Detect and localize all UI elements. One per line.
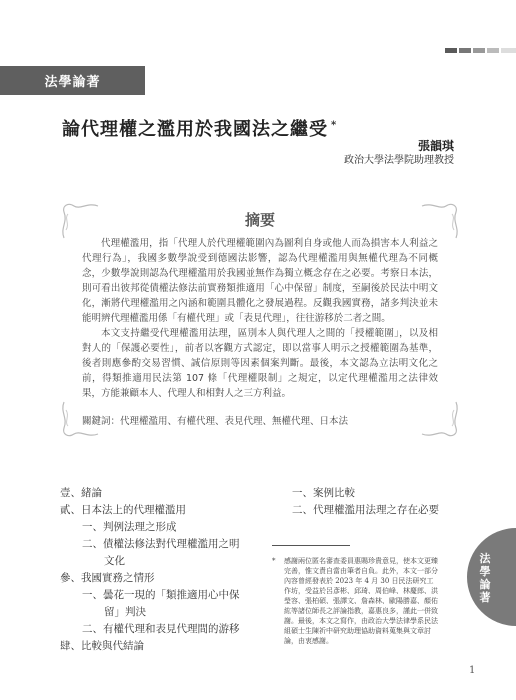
title-footnote-mark: * (331, 120, 337, 131)
toc-item: 一、案例比較 (292, 485, 439, 502)
toc-item: 一、曇花一現的「類推適用心中保 (60, 587, 240, 604)
toc-item: 文化 (60, 553, 240, 570)
toc-item: 一、判例法理之形成 (60, 519, 240, 536)
title-text: 論代理權之濫用於我國法之繼受 (62, 119, 328, 140)
side-section-label: 法學論著 (478, 552, 492, 604)
abstract-body: 代理權濫用，指「代理人於代理權範圍內為圖利自身或他人而為損害本人利益之代理行為」… (82, 236, 438, 401)
table-of-contents-right: 一、案例比較 二、代理權濫用法理之存在必要 (292, 485, 439, 519)
article-title: 論代理權之濫用於我國法之繼受* (62, 115, 337, 141)
bar-3 (473, 48, 485, 53)
bar-1 (445, 48, 457, 53)
footnote: * 感謝兩位匿名審查委員惠賜珍貴意見，使本文更臻完善，惟文責自當由筆者自負。此外… (272, 556, 440, 646)
section-label: 法學論著 (0, 66, 145, 95)
abstract-paragraph: 本文支持繼受代理權濫用法理，區別本人與代理人之間的「授權範圍」，以及相對人的「保… (82, 326, 438, 401)
bar-4 (487, 48, 499, 53)
abstract-heading: 摘要 (60, 209, 460, 230)
decorative-color-bars (445, 48, 516, 53)
abstract-box: 摘要 代理權濫用，指「代理人於代理權範圍內為圖利自身或他人而為損害本人利益之代理… (60, 200, 460, 440)
toc-item: 壹、緒論 (60, 485, 240, 502)
toc-item: 參、我國實務之情形 (60, 570, 240, 587)
bar-5 (501, 48, 516, 53)
author-affiliation: 政治大學法學院助理教授 (344, 151, 454, 166)
page-number: 1 (469, 665, 475, 676)
footnote-mark: * (272, 556, 284, 646)
toc-item: 二、代理權濫用法理之存在必要 (292, 502, 439, 519)
toc-item: 二、債權法修法對代理權濫用之明 (60, 536, 240, 553)
toc-item: 二、有權代理和表見代理間的游移 (60, 621, 240, 638)
bar-2 (459, 48, 471, 53)
footnote-divider (272, 545, 350, 546)
keywords: 關鍵詞：代理權濫用、有權代理、表見代理、無權代理、日本法 (82, 413, 348, 427)
toc-item: 留」判決 (60, 604, 240, 621)
ornament-bottom-right-icon (420, 400, 460, 440)
abstract-paragraph: 代理權濫用，指「代理人於代理權範圍內為圖利自身或他人而為損害本人利益之代理行為」… (82, 236, 438, 326)
footnote-text: 感謝兩位匿名審查委員惠賜珍貴意見，使本文更臻完善，惟文責自當由筆者自負。此外，本… (284, 556, 440, 646)
toc-item: 貳、日本法上的代理權濫用 (60, 502, 240, 519)
table-of-contents-left: 壹、緒論 貳、日本法上的代理權濫用 一、判例法理之形成 二、債權法修法對代理權濫… (60, 485, 240, 655)
toc-item: 肆、比較與代結論 (60, 638, 240, 655)
